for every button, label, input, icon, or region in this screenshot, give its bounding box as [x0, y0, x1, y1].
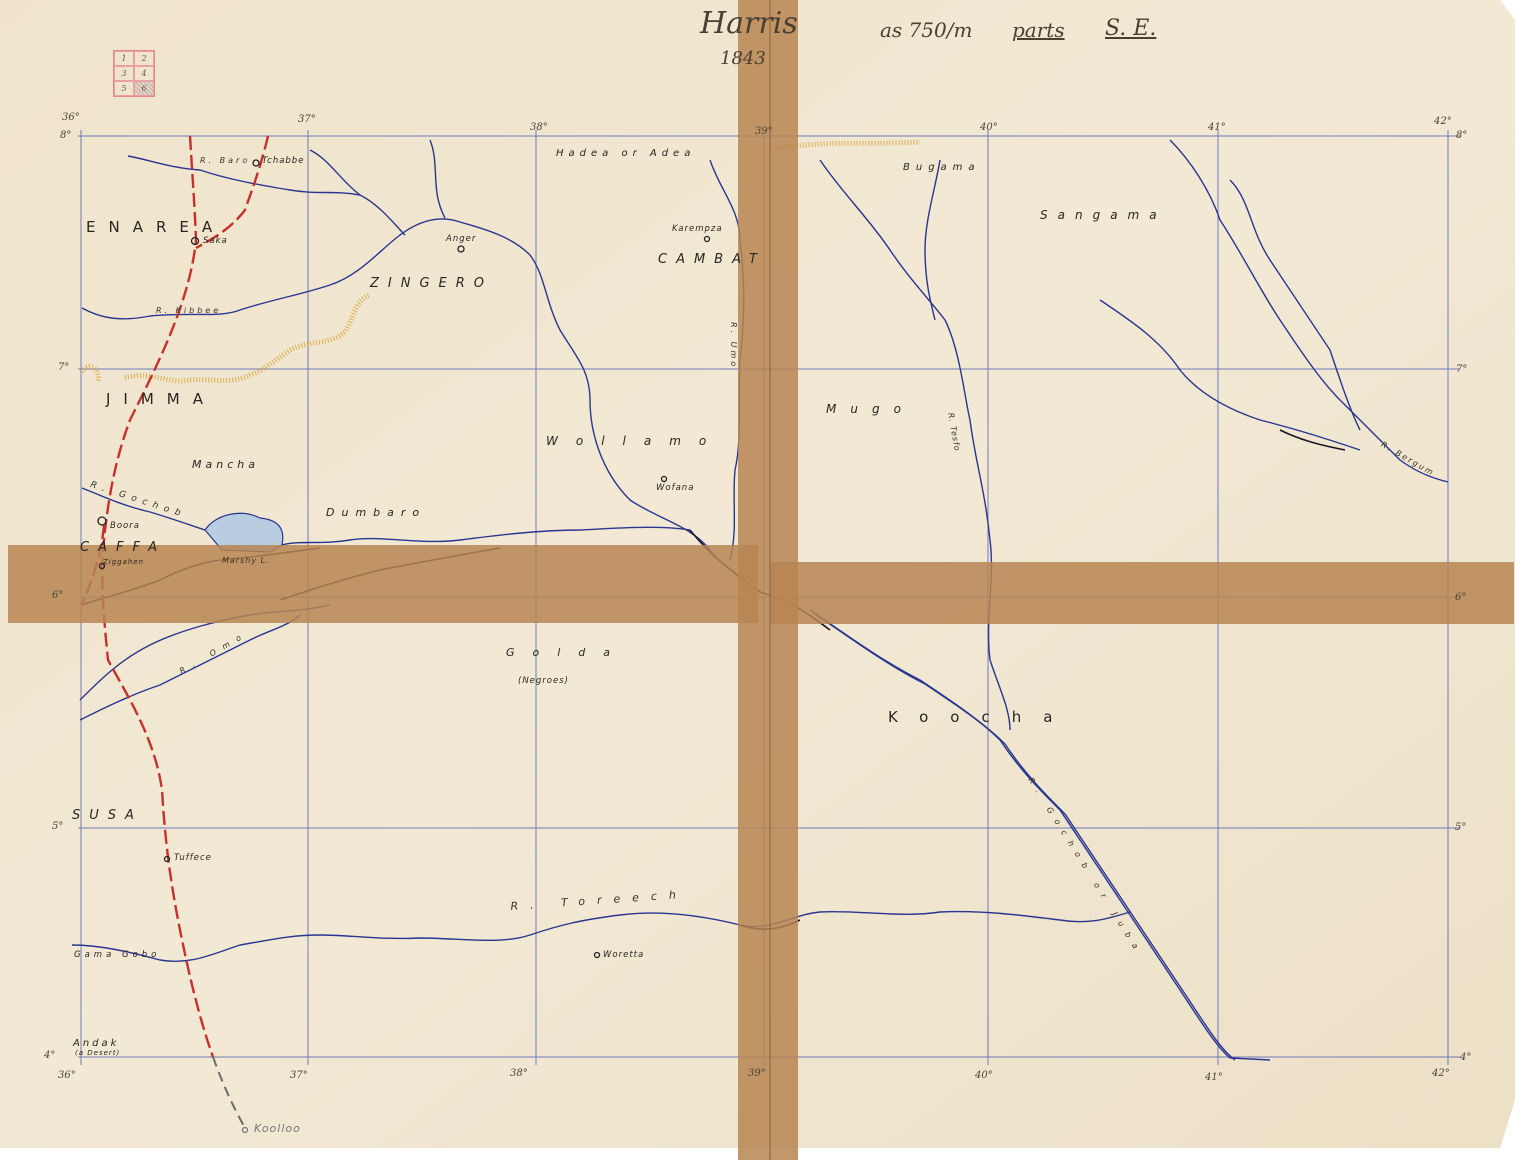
tape-vertical: [738, 0, 798, 1160]
lon-top-38: 38°: [530, 122, 548, 133]
region-enarea: ENAREA: [86, 218, 225, 236]
lat-left-4: 4°: [44, 1050, 55, 1061]
town-koolloo: Koolloo: [254, 1122, 301, 1135]
lat-left-6: 6°: [52, 590, 63, 601]
lon-top-37: 37°: [298, 114, 316, 125]
lat-left-7: 7°: [58, 362, 69, 373]
region-gama-gobo: Gama Gobo: [74, 950, 160, 960]
author-title: Harris: [700, 6, 798, 41]
town-wofana: Wofana: [656, 483, 694, 493]
lat-right-8: 8°: [1456, 130, 1467, 141]
region-jimma: JIMMA: [106, 390, 216, 408]
lon-top-39: 39°: [755, 126, 773, 137]
region-golda-note: (Negroes): [518, 676, 569, 686]
town-boora: Boora: [110, 521, 140, 531]
sheet-index-key: 1 2 3 4 5 6: [113, 50, 155, 97]
lon-top-36: 36°: [62, 112, 80, 123]
lon-top-40: 40°: [980, 122, 998, 133]
lon-bottom-39: 39°: [748, 1068, 766, 1079]
town-saka: Saka: [203, 236, 228, 246]
lon-top-41: 41°: [1208, 122, 1226, 133]
region-dumbaro: Dumbaro: [326, 506, 426, 519]
key-cell-2: 2: [134, 51, 154, 66]
lat-left-5: 5°: [52, 821, 63, 832]
region-andak-note: (a Desert): [75, 1049, 120, 1057]
lon-bottom-37: 37°: [290, 1070, 308, 1081]
town-ziggahen: Ziggahen: [103, 558, 144, 566]
region-mancha: Mancha: [192, 458, 259, 471]
region-koocha: Koocha: [888, 708, 1074, 726]
key-cell-4: 4: [134, 66, 154, 81]
region-susa: SUSA: [72, 808, 143, 823]
region-sangama: Sangama: [1040, 208, 1167, 222]
lon-bottom-41: 41°: [1205, 1072, 1223, 1083]
lon-bottom-42: 42°: [1432, 1068, 1450, 1079]
lat-right-5: 5°: [1455, 822, 1466, 833]
lon-bottom-38: 38°: [510, 1068, 528, 1079]
region-cambat: CAMBAT: [658, 252, 766, 267]
region-hadea: Hadea or Adea: [556, 148, 695, 159]
marshy-lake-label: Marshy L.: [222, 556, 270, 565]
tape-horizontal-left: [8, 545, 758, 623]
region-wollamo: Wollamo: [546, 434, 724, 448]
part-value: S. E.: [1105, 16, 1156, 41]
region-mugo: Mugo: [826, 402, 915, 416]
town-tuffece: Tuffece: [174, 853, 212, 863]
region-caffa: CAFFA: [80, 540, 166, 555]
key-cell-6: 6: [134, 81, 154, 96]
lat-right-7: 7°: [1456, 364, 1467, 375]
river-umo-label: R. Umo: [729, 322, 738, 369]
tape-horizontal-right: [770, 562, 1514, 624]
town-woretta: Woretta: [603, 950, 644, 960]
lat-left-8: 8°: [60, 130, 71, 141]
key-cell-3: 3: [114, 66, 134, 81]
lon-bottom-40: 40°: [975, 1070, 993, 1081]
part-label: parts: [1012, 18, 1065, 42]
lon-bottom-36: 36°: [58, 1070, 76, 1081]
scale-note: as 750/m: [880, 18, 972, 42]
lat-right-4: 4°: [1460, 1052, 1471, 1063]
river-baro-label: R. Baro: [200, 156, 250, 165]
year-label: 1843: [720, 48, 766, 69]
lat-right-6: 6°: [1455, 592, 1466, 603]
key-cell-5: 5: [114, 81, 134, 96]
town-anger: Anger: [446, 234, 476, 244]
town-karempza: Karempza: [672, 224, 723, 234]
river-kibbee-label: R. Kibbee: [156, 306, 221, 315]
map-canvas: [0, 0, 1524, 1160]
map-sheet: 1 2 3 4 5 6 Harris 1843 as 750/m parts S…: [0, 0, 1524, 1160]
lon-top-42: 42°: [1434, 116, 1452, 127]
region-zingero: ZINGERO: [370, 276, 493, 291]
region-andak: Andak: [73, 1038, 119, 1049]
town-tchabbe: Tchabbe: [262, 156, 304, 166]
region-bugama: Bugama: [903, 162, 981, 173]
region-golda: Golda: [506, 646, 628, 659]
key-cell-1: 1: [114, 51, 134, 66]
